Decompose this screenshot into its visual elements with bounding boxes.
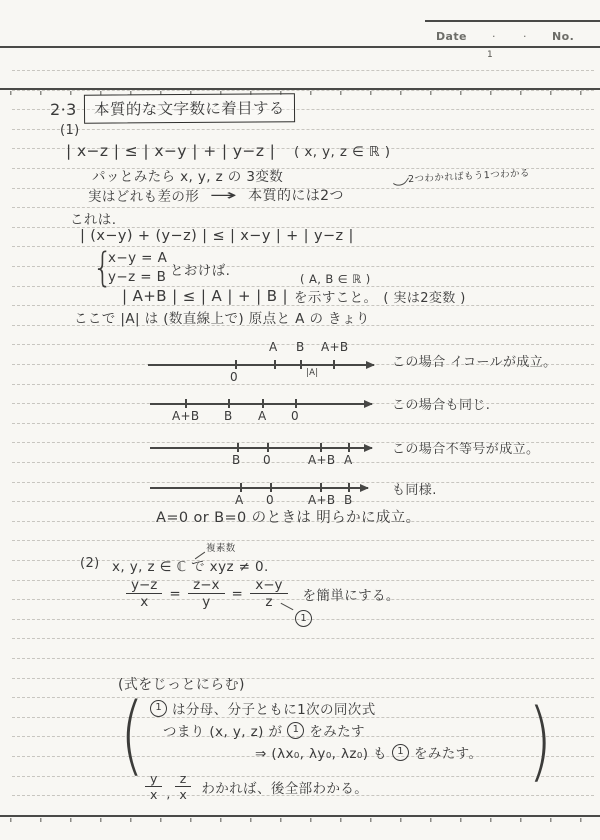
nl2-note: この場合も同じ. xyxy=(392,394,490,413)
date-label: Date xyxy=(436,30,467,43)
nl1-label-B: B xyxy=(296,340,305,354)
nl1-label-A: A xyxy=(269,340,278,354)
header-rule-line xyxy=(0,46,600,48)
ruled-line xyxy=(12,129,594,130)
final-fraction-1-denominator: x xyxy=(150,787,157,801)
fraction-1-denominator: x xyxy=(140,594,148,609)
nl4-tick xyxy=(348,483,350,492)
nl1-note: この場合 イコールが成立。 xyxy=(392,351,557,370)
page-number: 1 xyxy=(487,50,493,60)
fraction-1-numerator: y−z xyxy=(126,578,162,594)
abs-meaning: ここで |A| は (数直線上で) 原点と A の きょり xyxy=(74,307,370,327)
nl2-tick xyxy=(228,399,230,408)
date-separator-dot: · xyxy=(492,30,496,43)
notebook-page: Date · · No. 1 2·3 本質的な文字数に着目する (1) | x−… xyxy=(0,0,600,840)
glance-note: パッとみたら x, y, z の 3変数 xyxy=(92,165,283,185)
note-paren-open: ( xyxy=(120,693,144,779)
final-fraction-1: y x xyxy=(145,772,162,801)
system-eq1: x−y = A xyxy=(108,250,167,266)
nl3-tick xyxy=(267,443,269,452)
nl4-label-A: A xyxy=(235,493,244,507)
ruled-line xyxy=(12,384,594,385)
final-fraction-2: z x xyxy=(175,772,192,801)
korewa-text: これは. xyxy=(70,208,116,228)
note-line1-text: は分母、分子ともに1次の同次式 xyxy=(172,698,376,718)
section-title: 本質的な文字数に着目する xyxy=(84,93,295,123)
nl1-segment-label: |A| xyxy=(306,368,318,378)
header-top-line xyxy=(425,20,600,22)
final-text: わかれば、後全部わかる。 xyxy=(201,777,368,797)
nl1-tick xyxy=(333,360,335,369)
triangle-inequality: | A+B | ≤ | A | + | B | xyxy=(122,287,288,305)
equation-chain: y−z x = z−x y = x−y z を簡単にする。 xyxy=(126,578,400,609)
equals-sign: = xyxy=(169,586,181,602)
nl4-label-0: 0 xyxy=(266,493,274,507)
final-remark: y x , z x わかれば、後全部わかる。 xyxy=(145,772,368,801)
nl2-label-0: 0 xyxy=(291,409,299,423)
nl4-label-A+B: A+B xyxy=(308,493,335,507)
ruled-line xyxy=(12,501,594,502)
section-number: 2·3 xyxy=(50,100,77,119)
ruled-line xyxy=(12,423,594,424)
nl3-label-0: 0 xyxy=(263,453,271,467)
ruled-line xyxy=(12,658,594,659)
conclusion-text: A=0 or B=0 のときは 明らかに成立。 xyxy=(156,506,421,527)
complex-annotation: 複素数 xyxy=(206,540,236,554)
nl4-label-B: B xyxy=(344,493,353,507)
nl4-tick xyxy=(320,483,322,492)
ruled-line xyxy=(12,462,594,463)
footer-heavy-line xyxy=(0,815,600,817)
expanded-inequality: | (x−y) + (y−z) | ≤ | x−y | + | y−z | xyxy=(80,228,354,244)
note-line3-post: をみたす。 xyxy=(414,742,482,762)
nl2-tick xyxy=(185,399,187,408)
essence-left: 実はどれも差の形 xyxy=(88,185,199,205)
equals-sign: = xyxy=(232,586,244,602)
nl2-axis xyxy=(150,403,372,405)
fraction-1: y−z x xyxy=(126,578,162,609)
nl3-axis xyxy=(150,447,372,449)
triangle-note: ( 実は2変数 ) xyxy=(383,287,465,306)
nl1-tick xyxy=(300,360,302,369)
part2-label: (2) xyxy=(80,556,100,571)
final-fraction-1-numerator: y xyxy=(145,772,162,787)
note-line2-pre: つまり (x, y, z) が xyxy=(163,720,282,740)
nl2-tick xyxy=(262,399,264,408)
nl1-tick xyxy=(235,360,237,369)
nl2-tick xyxy=(295,399,297,408)
essence-right: 本質的には2つ xyxy=(248,185,344,205)
note-line2-post: をみたす xyxy=(309,720,365,740)
comma: , xyxy=(166,786,170,801)
equation-1-marker: 1 xyxy=(295,610,312,627)
date-separator-dot: · xyxy=(523,30,527,43)
nl2-label-A: A xyxy=(258,409,267,423)
nl3-label-A+B: A+B xyxy=(308,453,335,467)
nl3-label-B: B xyxy=(232,453,241,467)
system-suffix: とおけば. xyxy=(170,259,230,279)
ruled-line xyxy=(12,540,594,541)
fraction-2-numerator: z−x xyxy=(188,578,224,594)
task-text: を簡単にする。 xyxy=(303,584,400,604)
final-fraction-2-numerator: z xyxy=(175,772,192,787)
triangle-suffix: を示すこと。 xyxy=(294,286,377,306)
nl1-tick xyxy=(274,360,276,369)
nl4-tick xyxy=(270,483,272,492)
no-label: No. xyxy=(552,30,574,43)
nl1-axis xyxy=(148,364,374,366)
ruled-line xyxy=(12,70,594,71)
fraction-3-denominator: z xyxy=(265,594,272,609)
ruled-line xyxy=(12,482,594,483)
fraction-2-denominator: y xyxy=(202,594,210,609)
nl1-label-A+B: A+B xyxy=(321,340,348,354)
final-fraction-2-denominator: x xyxy=(179,787,186,801)
nl3-tick xyxy=(320,443,322,452)
note-line1-circle: 1 xyxy=(150,700,167,717)
note-line3-circle: 1 xyxy=(392,744,409,761)
nl3-label-A: A xyxy=(344,453,353,467)
fraction-3-numerator: x−y xyxy=(250,578,287,594)
part2-setup: x, y, z ∈ ℂ で xyz ≠ 0. xyxy=(112,555,269,575)
nl4-axis xyxy=(150,487,368,489)
note-line3-pre: ⇒ (λx₀, λy₀, λz₀) も xyxy=(255,742,387,762)
footer-ruler-ticks xyxy=(10,818,590,822)
nl3-note: この場合不等号が成立。 xyxy=(392,438,539,457)
inequality-domain: ( x, y, z ∈ ℝ ) xyxy=(294,144,390,160)
inequality-main: | x−z | ≤ | x−y | + | y−z | xyxy=(66,142,275,160)
fraction-2: z−x y xyxy=(188,578,224,609)
nl2-label-A+B: A+B xyxy=(172,409,199,423)
part1-label: (1) xyxy=(60,123,80,138)
nl4-tick xyxy=(240,483,242,492)
note-line2-circle: 1 xyxy=(287,722,304,739)
nl3-tick xyxy=(348,443,350,452)
note-paren-close: ) xyxy=(528,699,552,785)
ab-domain: ( A, B ∈ ℝ ) xyxy=(300,272,371,286)
ruled-line xyxy=(12,678,594,679)
nl3-tick xyxy=(237,443,239,452)
long-arrow-icon: → xyxy=(209,186,238,204)
ruled-line xyxy=(12,638,594,639)
header-heavy-line xyxy=(0,88,600,90)
nl1-label-0: 0 xyxy=(230,370,238,384)
nl4-note: も同様. xyxy=(392,479,437,498)
system-eq2: y−z = B xyxy=(108,269,166,285)
nl2-label-B: B xyxy=(224,409,233,423)
